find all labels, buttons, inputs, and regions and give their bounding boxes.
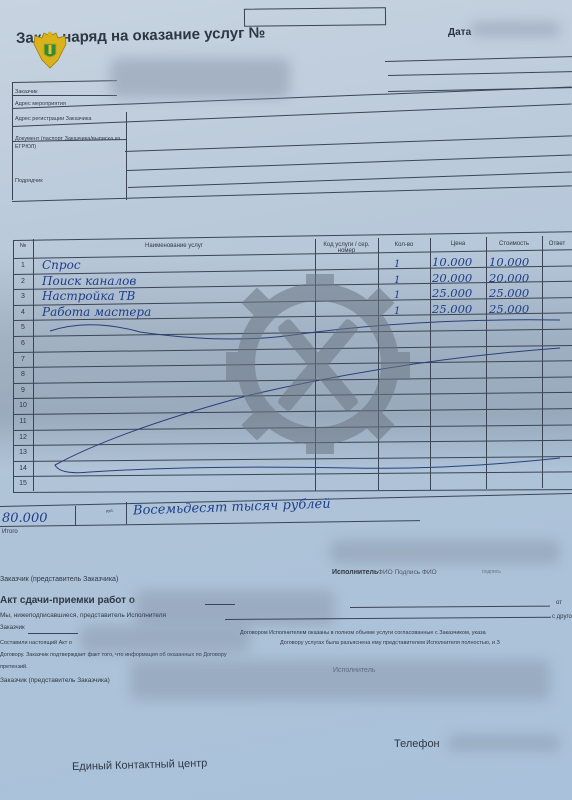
act-line3-right: Договору услугах была разъяснена ему пре… <box>280 640 500 646</box>
redacted-phone <box>448 735 560 751</box>
act-line3-left: Составили настоящий Акт о <box>0 640 72 646</box>
act-line1-right-b: с другой <box>552 614 572 620</box>
divider <box>28 633 78 634</box>
redacted-act-signatures <box>130 660 550 700</box>
executor-sign: подпись <box>482 569 501 575</box>
redacted-signature <box>330 540 560 564</box>
act-line5: претензий. <box>0 664 28 670</box>
act-line2-right: Договором Исполнителем оказаны в полном … <box>240 630 486 636</box>
currency-small: руб. <box>106 508 114 513</box>
act-title: Акт сдачи-приемки работ о <box>0 595 135 606</box>
phone-label: Телефон <box>394 738 440 750</box>
divider <box>205 604 235 605</box>
act-line4: Договору. Заказчик подтверждает факт тог… <box>0 652 227 658</box>
total-label: Итого <box>2 529 18 535</box>
act-line1-right-a: от <box>556 600 562 606</box>
divider <box>126 502 127 524</box>
act-customer-sign-label: Заказчик (представитель Заказчика) <box>0 677 110 684</box>
redacted-act-info <box>135 590 335 626</box>
act-line2-left: Заказчик <box>0 625 25 631</box>
executor-signature-label: Исполнитель <box>332 569 378 576</box>
customer-signature-label: Заказчик (представитель Заказчика) <box>0 576 118 583</box>
redacted-act-info <box>80 625 250 653</box>
gear-tools-icon <box>210 262 430 462</box>
executor-fields: ФИО Подпись ФИО <box>378 569 437 576</box>
divider <box>75 506 76 526</box>
act-line1: Мы, нижеподписавшиеся, представитель Исп… <box>0 612 166 619</box>
total-amount: 80.000 <box>2 511 48 526</box>
